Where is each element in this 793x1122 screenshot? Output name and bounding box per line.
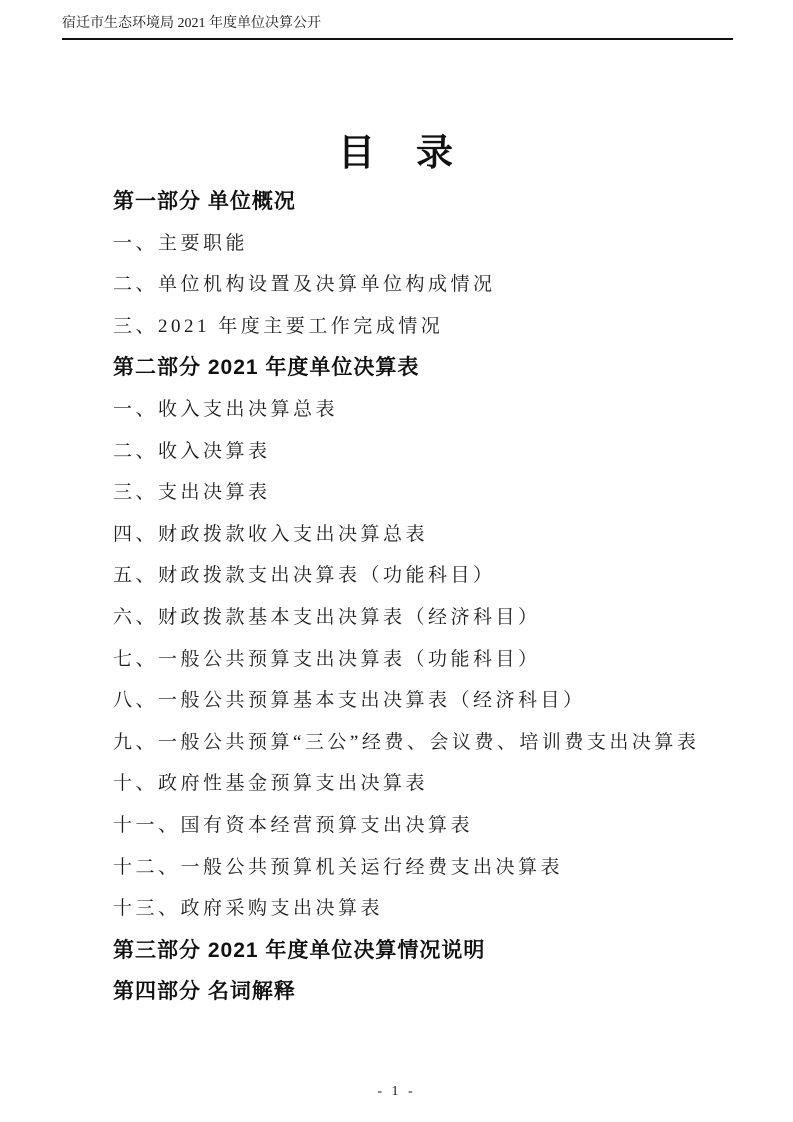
toc-section-heading: 第一部分 单位概况: [113, 181, 733, 223]
toc-item: 八、一般公共预算基本支出决算表（经济科目）: [113, 680, 733, 722]
toc-item: 十一、国有资本经营预算支出决算表: [113, 805, 733, 847]
toc-item: 三、支出决算表: [113, 472, 733, 514]
toc-item: 十二、一般公共预算机关运行经费支出决算表: [113, 847, 733, 889]
toc-item: 四、财政拨款收入支出决算总表: [113, 514, 733, 556]
toc-section-heading: 第三部分 2021 年度单位决算情况说明: [113, 930, 733, 972]
toc-item: 二、单位机构设置及决算单位构成情况: [113, 264, 733, 306]
toc-section-heading: 第四部分 名词解释: [113, 971, 733, 1013]
page-number: - 1 -: [0, 1084, 793, 1100]
page-header: 宿迁市生态环境局 2021 年度单位决算公开: [62, 14, 733, 40]
toc-item: 十、政府性基金预算支出决算表: [113, 763, 733, 805]
toc-item: 一、主要职能: [113, 223, 733, 265]
toc-item: 十三、政府采购支出决算表: [113, 888, 733, 930]
toc-item: 七、一般公共预算支出决算表（功能科目）: [113, 639, 733, 681]
toc: 第一部分 单位概况一、主要职能二、单位机构设置及决算单位构成情况三、2021 年…: [113, 181, 733, 1013]
toc-item: 二、收入决算表: [113, 431, 733, 473]
page-title: 目 录: [0, 122, 793, 176]
toc-item: 一、收入支出决算总表: [113, 389, 733, 431]
document-page: 宿迁市生态环境局 2021 年度单位决算公开 目 录 第一部分 单位概况一、主要…: [0, 0, 793, 1122]
toc-item: 五、财政拨款支出决算表（功能科目）: [113, 555, 733, 597]
toc-item: 六、财政拨款基本支出决算表（经济科目）: [113, 597, 733, 639]
toc-item: 三、2021 年度主要工作完成情况: [113, 306, 733, 348]
toc-item: 九、一般公共预算“三公”经费、会议费、培训费支出决算表: [113, 722, 733, 764]
toc-section-heading: 第二部分 2021 年度单位决算表: [113, 347, 733, 389]
